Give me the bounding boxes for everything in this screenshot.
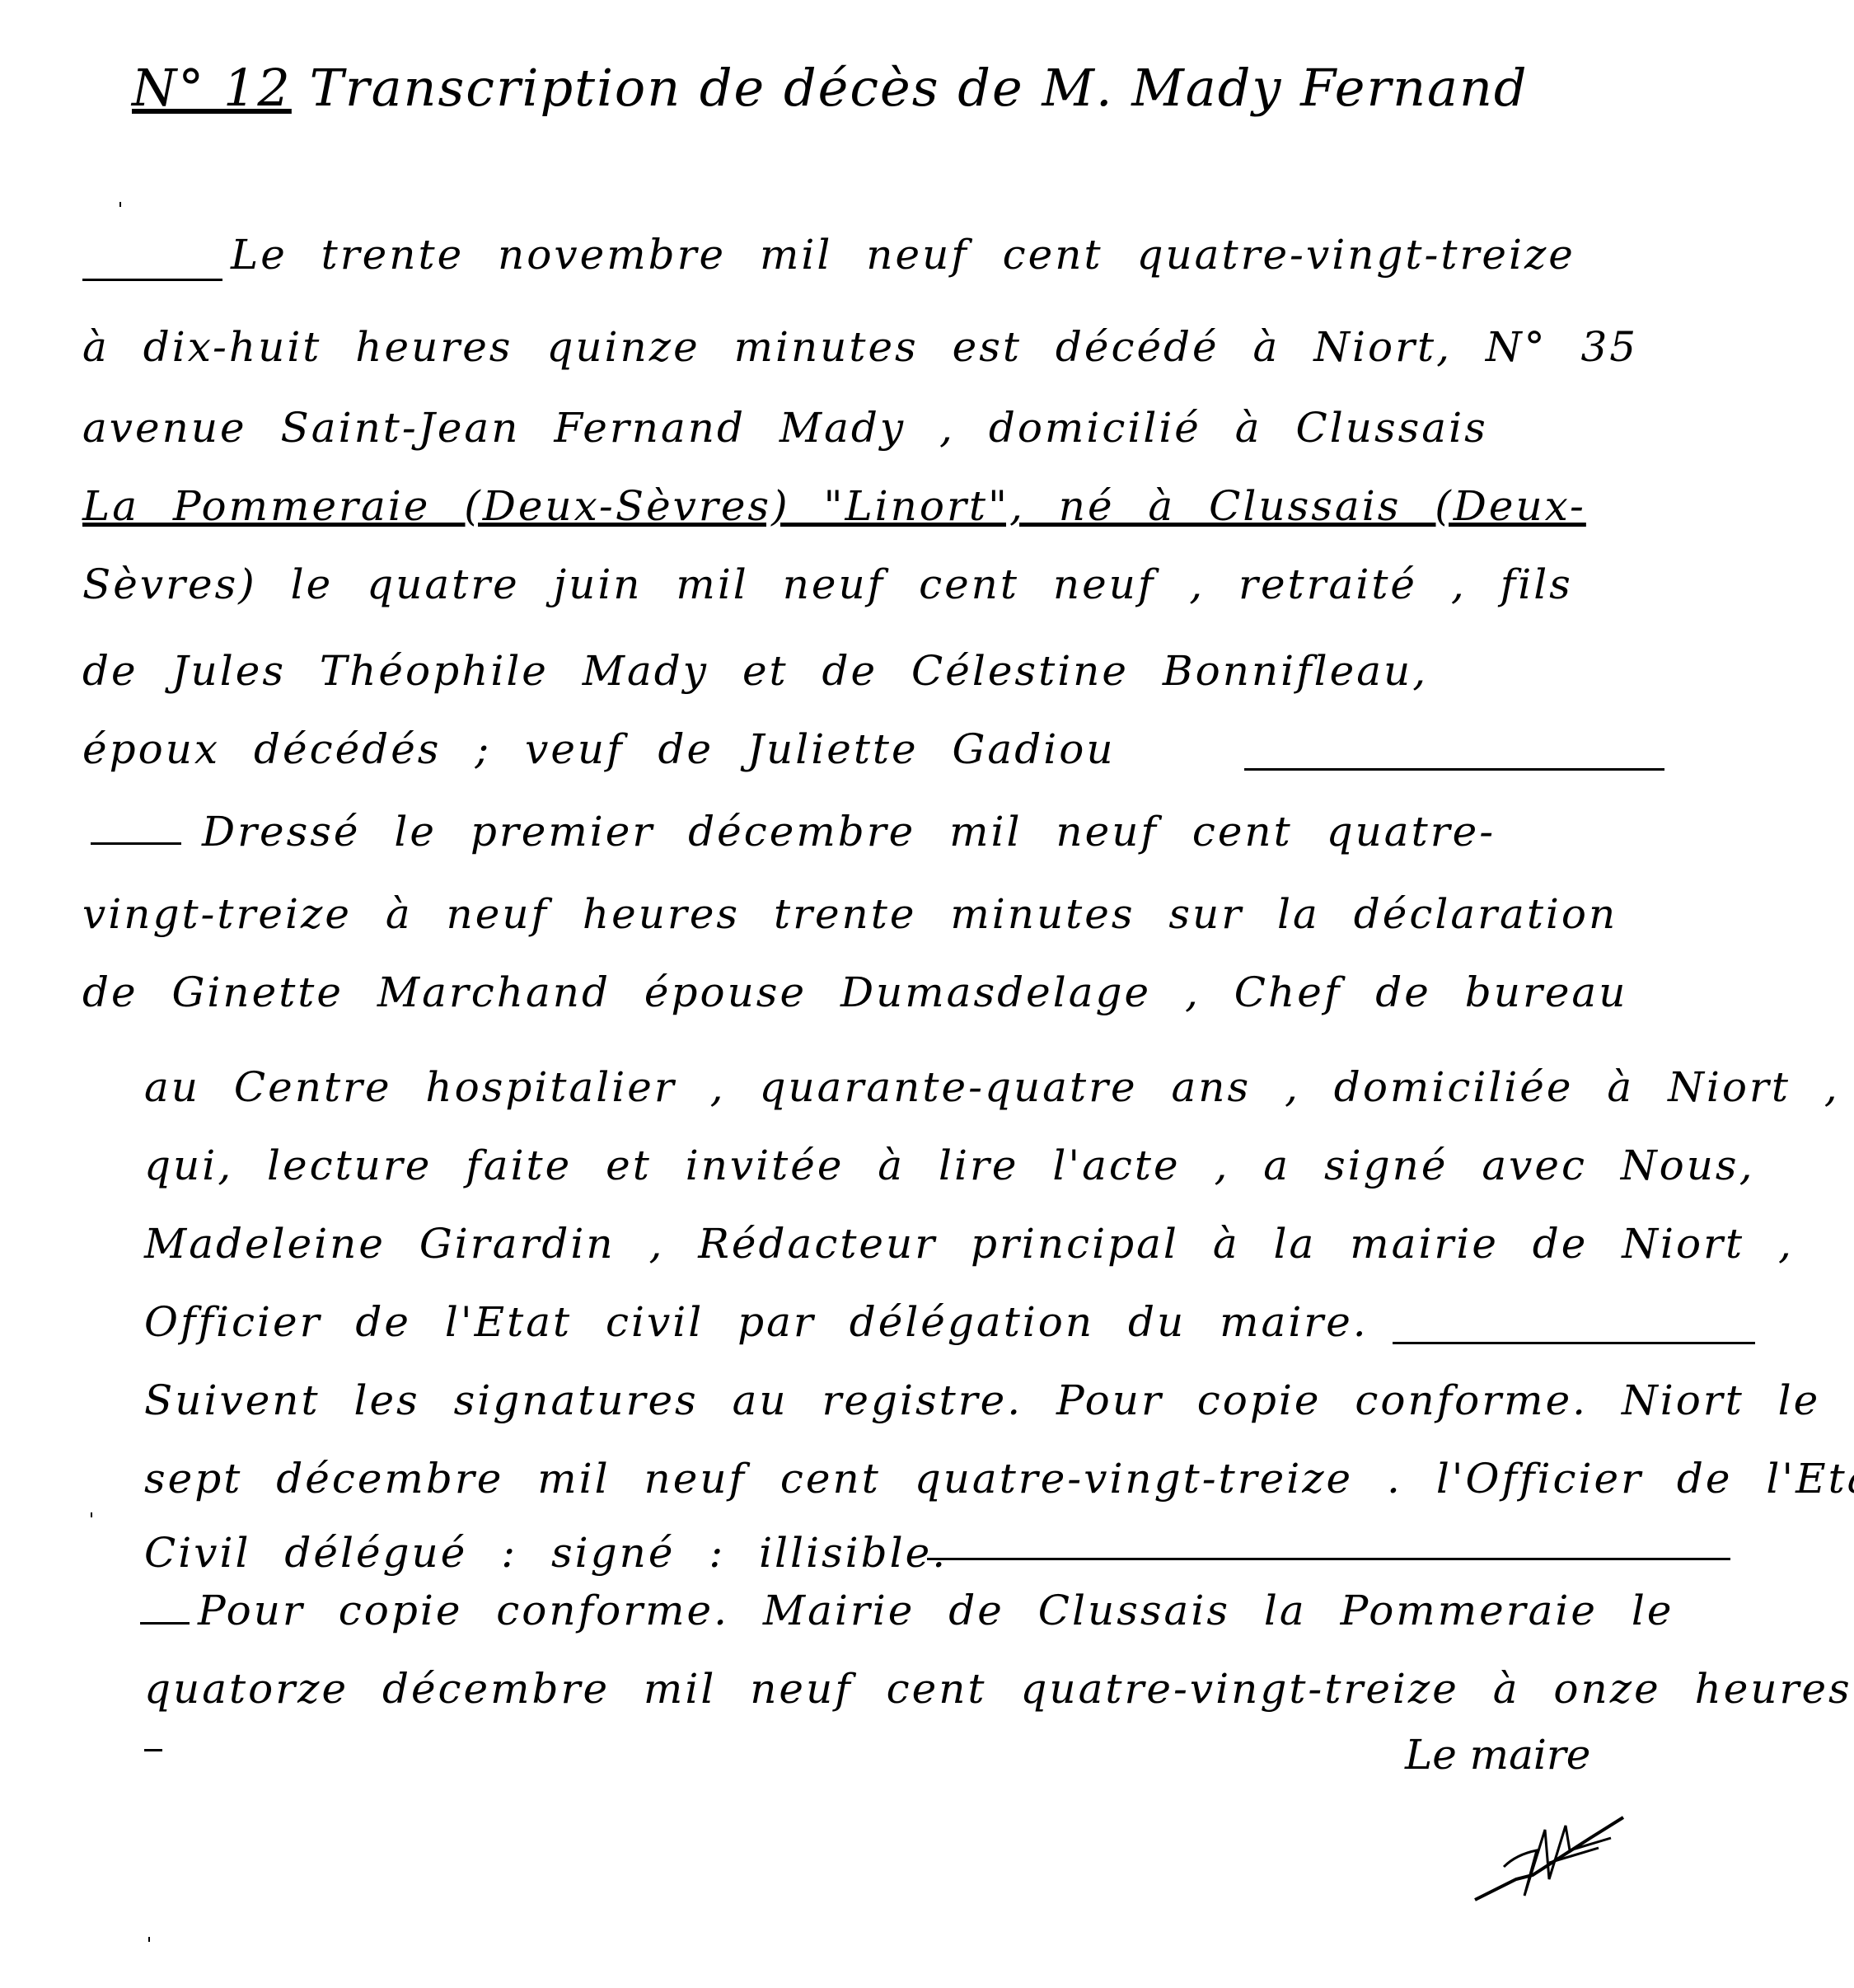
- line-dash: [144, 1749, 162, 1751]
- text-line-10: de Ginette Marchand épouse Dumasdelage ,…: [82, 968, 1627, 1016]
- text-line-13: Madeleine Girardin , Rédacteur principal…: [144, 1220, 1794, 1268]
- text-line-19: quatorze décembre mil neuf cent quatre-v…: [144, 1665, 1854, 1713]
- text-line-11: au Centre hospitalier , quarante-quatre …: [144, 1063, 1840, 1111]
- text-line-16: sept décembre mil neuf cent quatre-vingt…: [144, 1455, 1854, 1503]
- scan-speck: [148, 1937, 150, 1942]
- act-number: N° 12: [132, 58, 292, 118]
- text-line-7: époux décédés ; veuf de Juliette Gadiou: [82, 725, 1116, 773]
- text-line-1: Le trente novembre mil neuf cent quatre-…: [231, 231, 1575, 279]
- line-dash: [140, 1622, 190, 1625]
- line-filler: [1244, 768, 1664, 771]
- text-line-6: de Jules Théophile Mady et de Célestine …: [82, 647, 1428, 695]
- title-text: Transcription de décès de M. Mady Fernan…: [310, 58, 1529, 118]
- text-line-2: à dix-huit heures quinze minutes est déc…: [82, 323, 1638, 371]
- text-line-5: Sèvres) le quatre juin mil neuf cent neu…: [82, 560, 1573, 608]
- line-dash: [91, 842, 181, 845]
- scan-speck: [119, 202, 121, 207]
- text-line-14: Officier de l'Etat civil par délégation …: [144, 1298, 1369, 1346]
- line-filler: [927, 1558, 1730, 1560]
- text-line-9: vingt-treize à neuf heures trente minute…: [82, 890, 1618, 938]
- text-line-4: La Pommeraie (Deux-Sèvres) "Linort", né …: [82, 482, 1586, 530]
- document-title: N° 12 Transcription de décès de M. Mady …: [132, 58, 1529, 118]
- mayor-signature-icon: [1467, 1805, 1648, 1912]
- text-line-3: avenue Saint-Jean Fernand Mady , domicil…: [82, 404, 1488, 452]
- line-dash: [82, 279, 222, 281]
- text-line-17: Civil délégué : signé : illisible.: [144, 1529, 948, 1577]
- scan-speck: [91, 1512, 92, 1517]
- text-line-12: qui, lecture faite et invitée à lire l'a…: [144, 1142, 1755, 1189]
- text-line-8: Dressé le premier décembre mil neuf cent…: [202, 808, 1496, 856]
- death-transcription-document: N° 12 Transcription de décès de M. Mady …: [0, 0, 1854, 1988]
- line-filler: [1393, 1342, 1755, 1344]
- closing-le-maire: Le maire: [1405, 1731, 1590, 1779]
- text-line-15: Suivent les signatures au registre. Pour…: [144, 1376, 1820, 1424]
- text-line-18: Pour copie conforme. Mairie de Clussais …: [198, 1587, 1674, 1634]
